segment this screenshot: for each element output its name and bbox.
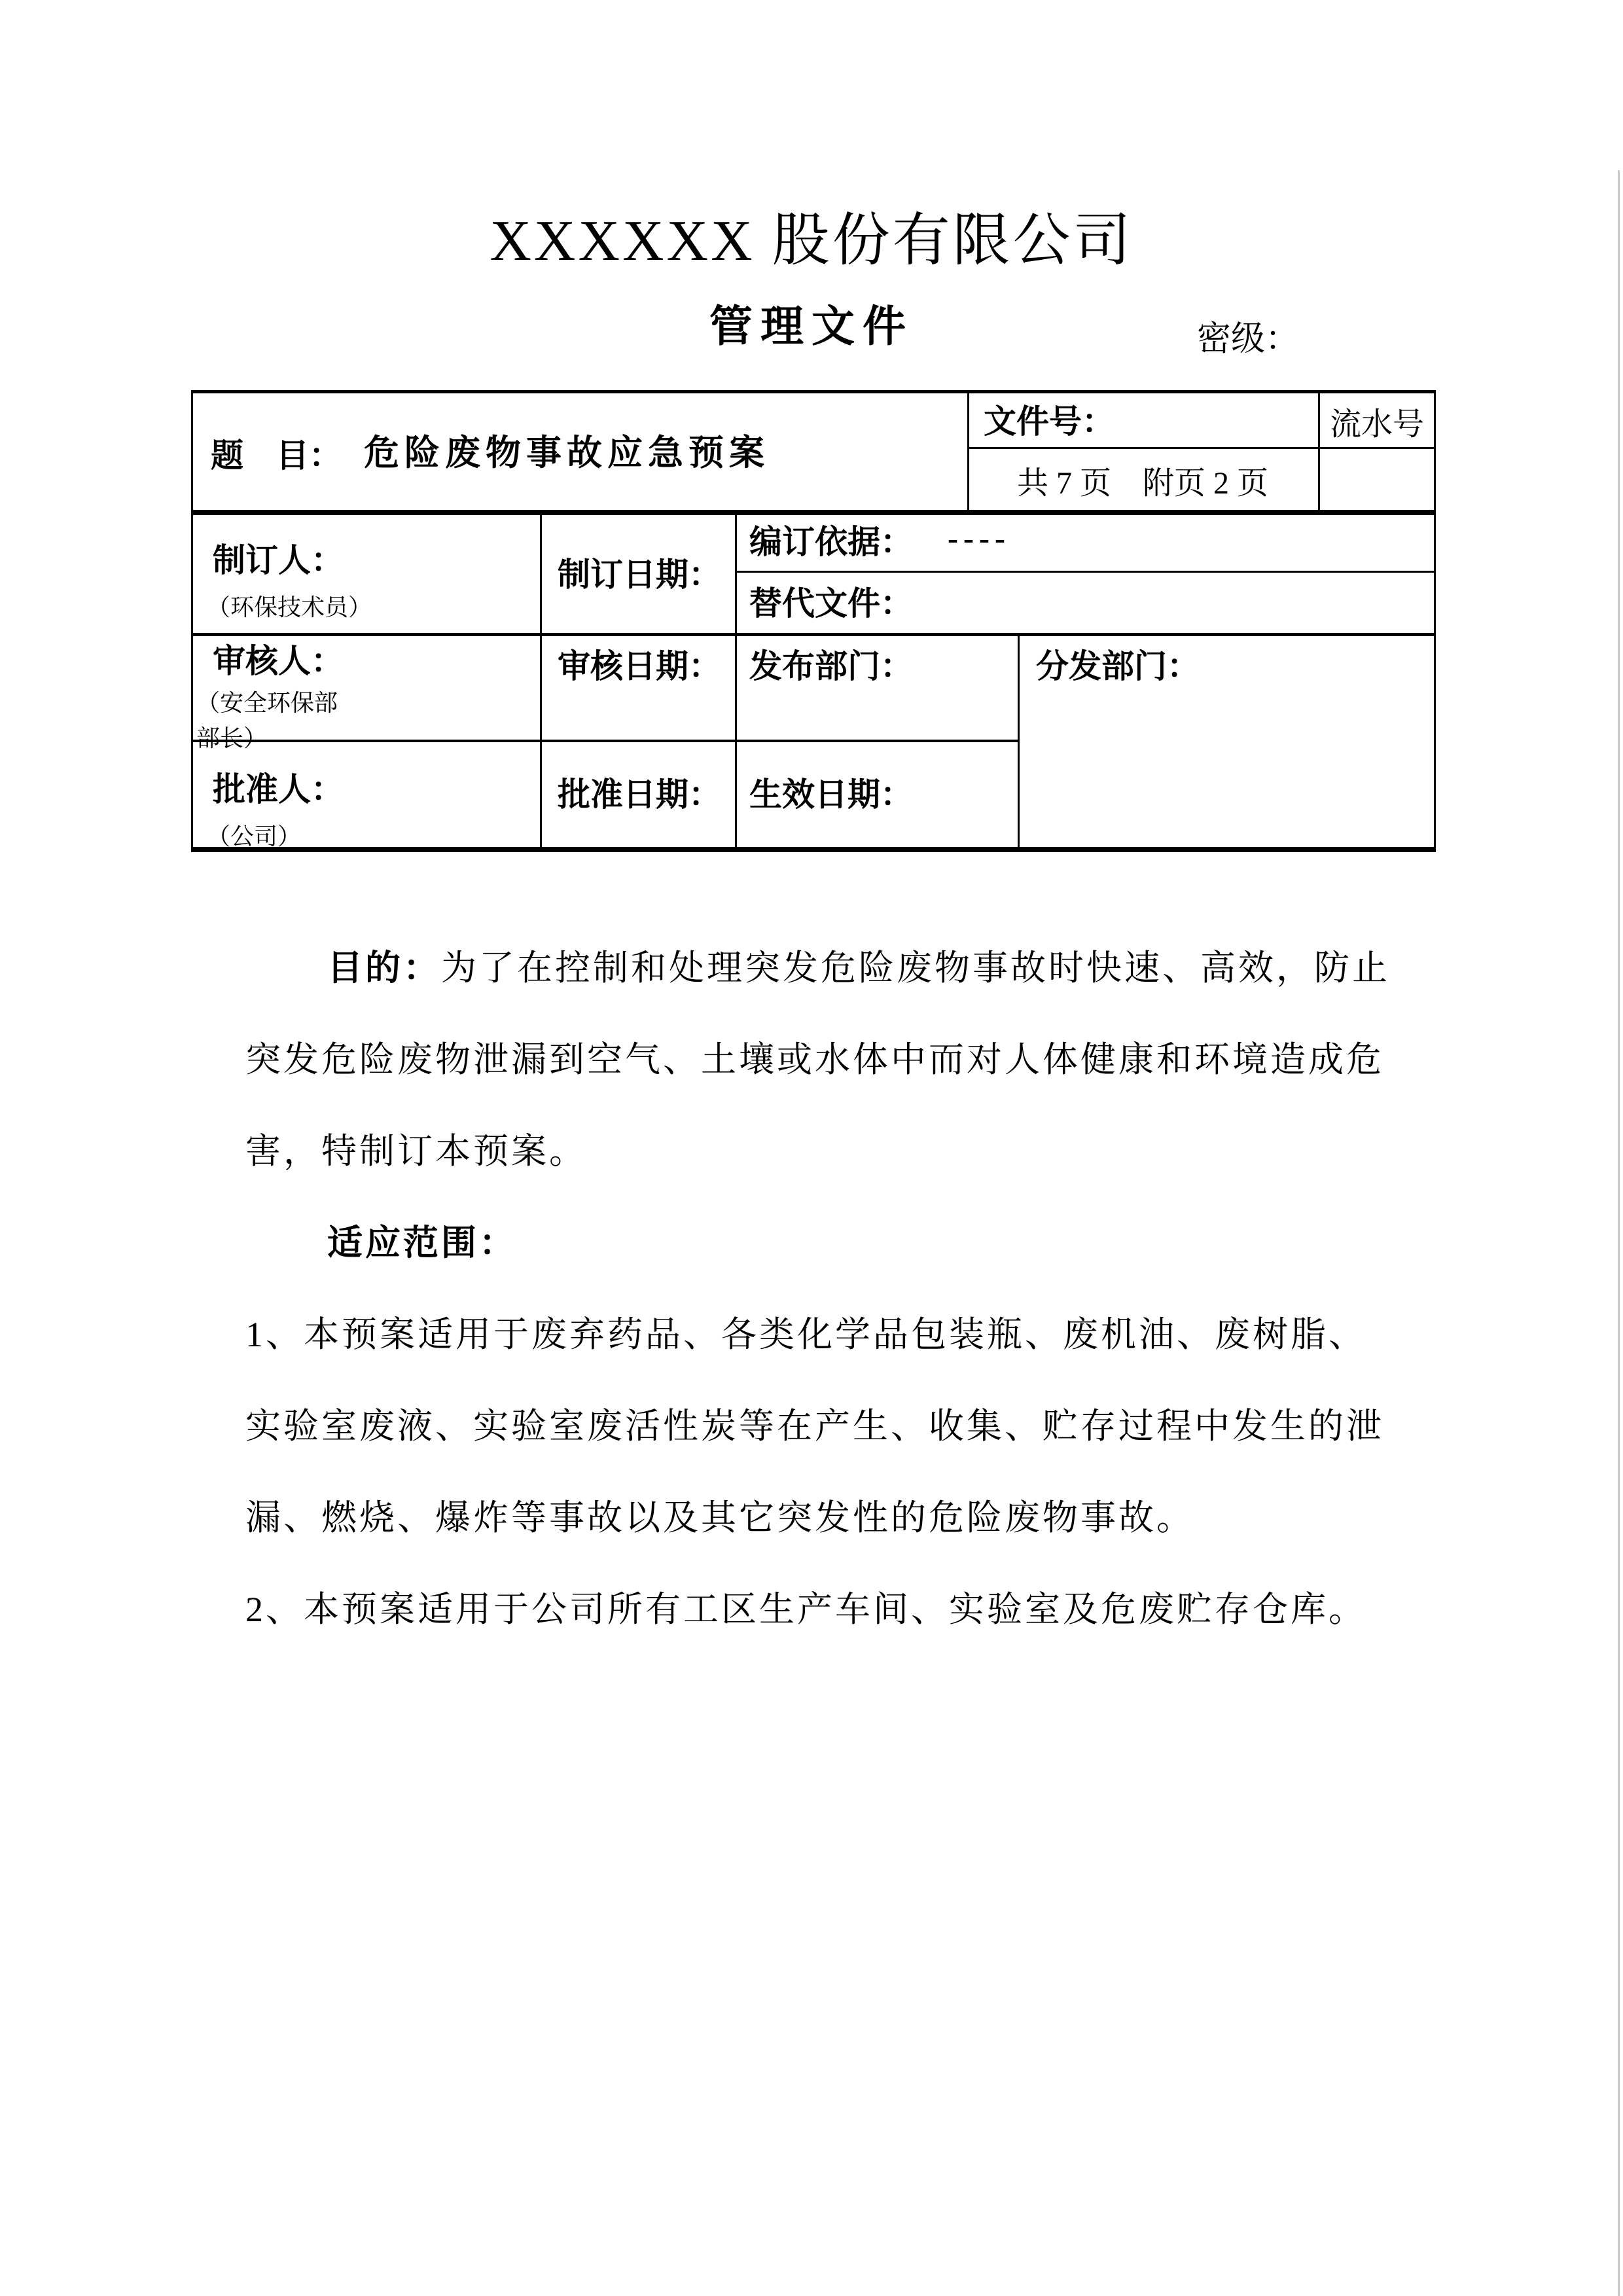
file-no-label: 文件号： — [984, 404, 1115, 440]
scope-item-1: 1、本预案适用于废弃药品、各类化学品包装瓶、废机油、废树脂、 实验室废液、实验室… — [245, 1289, 1489, 1564]
maker-label: 制订人： — [213, 543, 344, 579]
purpose-paragraph: 目的：为了在控制和处理突发危险废物事故时快速、高效，防止 突发危险废物泄漏到空气… — [245, 922, 1489, 1197]
divider-below-maker-row — [193, 633, 1434, 636]
reviewer-note: （安全环保部 部长） — [196, 685, 338, 756]
divider-below-fileno — [967, 447, 1434, 449]
document-body: 目的：为了在控制和处理突发危险废物事故时快速、高效，防止 突发危险废物泄漏到空气… — [245, 922, 1489, 1655]
approver-note: （公司） — [207, 819, 301, 854]
maker-note: （环保技术员） — [207, 590, 372, 625]
company-title: XXXXXX 股份有限公司 — [0, 208, 1623, 274]
review-date-label: 审核日期： — [558, 649, 721, 685]
secrecy-level-label: 密级： — [1197, 321, 1299, 358]
scope-heading: 适应范围： — [245, 1197, 1489, 1289]
reviewer-label: 审核人： — [213, 643, 344, 679]
make-date-label: 制订日期： — [558, 557, 721, 593]
purpose-label: 目的： — [327, 948, 441, 988]
approve-date-label: 批准日期： — [558, 777, 721, 813]
document-type-title: 管理文件 — [0, 302, 1623, 352]
effective-date-label: 生效日期： — [749, 777, 913, 813]
divider-date-detail — [735, 515, 737, 852]
serial-no-label: 流水号 — [1320, 408, 1434, 442]
replace-label: 替代文件： — [749, 586, 913, 622]
subject-value: 危险废物事故应急预案 — [364, 434, 770, 473]
subject-label: 题 目： — [211, 438, 342, 474]
divider-below-basis — [735, 571, 1434, 573]
publish-dept-label: 发布部门： — [749, 649, 913, 685]
basis-label: 编订依据： — [749, 524, 913, 560]
scan-edge-artifact — [1618, 170, 1620, 2296]
scope-label: 适应范围： — [327, 1223, 517, 1263]
document-page: { "header": { "company_title": "XXXXXX 股… — [0, 0, 1623, 2296]
document-info-table: 题 目： 危险废物事故应急预案 文件号： 流水号 共 7 页 附页 2 页 制订… — [191, 390, 1436, 852]
basis-value: ---- — [948, 522, 1010, 556]
approver-label: 批准人： — [213, 772, 344, 808]
divider-below-pages — [193, 510, 1434, 515]
divider-person-date — [540, 515, 542, 852]
scope-item-2: 2、本预案适用于公司所有工区生产车间、实验室及危废贮存仓库。 — [245, 1564, 1489, 1655]
divider-publish-distribute — [1018, 636, 1020, 852]
distribute-dept-label: 分发部门： — [1036, 649, 1200, 685]
pages-info: 共 7 页 附页 2 页 — [967, 467, 1318, 501]
